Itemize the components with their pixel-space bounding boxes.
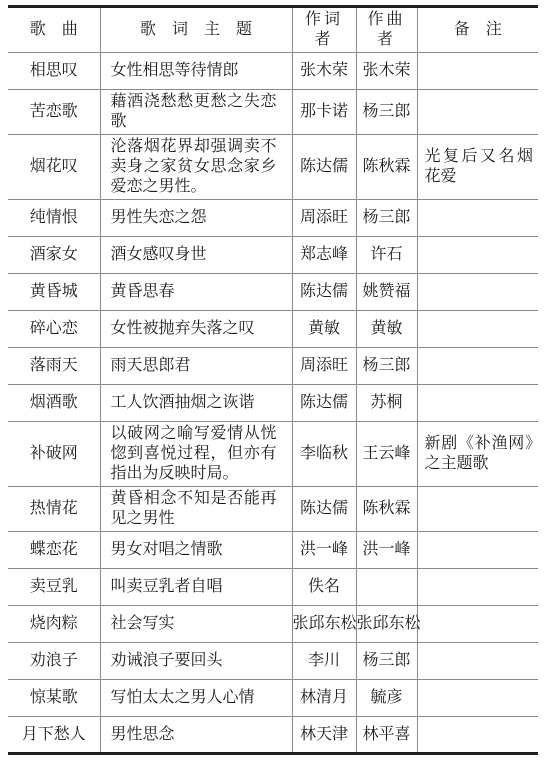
note-cell <box>417 532 538 569</box>
composer-cell: 许石 <box>356 237 417 274</box>
theme-cell: 男性失恋之怨 <box>100 200 292 237</box>
theme-cell: 藉酒浇愁愁更愁之失恋歌 <box>100 90 292 135</box>
scanned-page: 歌 曲 歌 词 主 题 作词者 作曲者 备 注 相思叹 女性相思等待情郎 张木荣… <box>0 0 546 776</box>
song-title-cell: 落雨天 <box>8 348 100 385</box>
note-cell <box>417 348 538 385</box>
song-title-cell: 补破网 <box>8 422 100 487</box>
song-title-cell: 碎心恋 <box>8 311 100 348</box>
composer-cell: 张邱东松 <box>356 606 417 643</box>
note-cell <box>417 90 538 135</box>
composer-cell: 林平喜 <box>356 717 417 754</box>
table-row: 相思叹 女性相思等待情郎 张木荣 张木荣 <box>8 53 538 90</box>
note-cell <box>417 237 538 274</box>
note-cell <box>417 311 538 348</box>
song-title-cell: 烟花叹 <box>8 135 100 200</box>
composer-cell: 杨三郎 <box>356 643 417 680</box>
table-row: 烟酒歌 工人饮酒抽烟之诙谐 陈达儒 苏桐 <box>8 385 538 422</box>
song-title-cell: 惊某歌 <box>8 680 100 717</box>
table-row: 酒家女 酒女感叹身世 郑志峰 许石 <box>8 237 538 274</box>
column-header-composer: 作曲者 <box>356 7 417 53</box>
song-title-cell: 卖豆乳 <box>8 569 100 606</box>
theme-cell: 工人饮酒抽烟之诙谐 <box>100 385 292 422</box>
table-row: 苦恋歌 藉酒浇愁愁更愁之失恋歌 那卡诺 杨三郎 <box>8 90 538 135</box>
composer-cell: 姚赞福 <box>356 274 417 311</box>
theme-cell: 叫卖豆乳者自唱 <box>100 569 292 606</box>
composer-cell: 陈秋霖 <box>356 487 417 532</box>
table-row: 落雨天 雨天思郎君 周添旺 杨三郎 <box>8 348 538 385</box>
lyricist-cell: 周添旺 <box>292 200 356 237</box>
lyricist-cell: 林清月 <box>292 680 356 717</box>
note-cell <box>417 53 538 90</box>
lyricist-cell: 李临秋 <box>292 422 356 487</box>
note-cell <box>417 680 538 717</box>
theme-cell: 女性相思等待情郎 <box>100 53 292 90</box>
composer-cell: 杨三郎 <box>356 348 417 385</box>
composer-cell: 毓彦 <box>356 680 417 717</box>
theme-cell: 写怕太太之男人心情 <box>100 680 292 717</box>
note-cell: 光复后又名烟花爱 <box>417 135 538 200</box>
song-title-cell: 酒家女 <box>8 237 100 274</box>
theme-cell: 黄昏相念不知是否能再见之男性 <box>100 487 292 532</box>
song-title-cell: 黄昏城 <box>8 274 100 311</box>
composer-cell: 洪一峰 <box>356 532 417 569</box>
song-title-cell: 热情花 <box>8 487 100 532</box>
lyricist-cell: 张邱东松 <box>292 606 356 643</box>
song-title-cell: 蝶恋花 <box>8 532 100 569</box>
note-cell: 新剧《补渔网》之主题歌 <box>417 422 538 487</box>
lyricist-cell: 郑志峰 <box>292 237 356 274</box>
theme-cell: 男性思念 <box>100 717 292 754</box>
note-cell <box>417 569 538 606</box>
table-body: 相思叹 女性相思等待情郎 张木荣 张木荣 苦恋歌 藉酒浇愁愁更愁之失恋歌 那卡诺… <box>8 53 538 754</box>
table-row: 蝶恋花 男女对唱之情歌 洪一峰 洪一峰 <box>8 532 538 569</box>
table-row: 劝浪子 劝诫浪子要回头 李川 杨三郎 <box>8 643 538 680</box>
composer-cell: 苏桐 <box>356 385 417 422</box>
table-row: 烧肉粽 社会写实 张邱东松 张邱东松 <box>8 606 538 643</box>
theme-cell: 酒女感叹身世 <box>100 237 292 274</box>
composer-cell: 王云峰 <box>356 422 417 487</box>
table-row: 惊某歌 写怕太太之男人心情 林清月 毓彦 <box>8 680 538 717</box>
lyricist-cell: 陈达儒 <box>292 487 356 532</box>
composer-cell: 杨三郎 <box>356 90 417 135</box>
song-title-cell: 月下愁人 <box>8 717 100 754</box>
table-row: 热情花 黄昏相念不知是否能再见之男性 陈达儒 陈秋霖 <box>8 487 538 532</box>
note-cell <box>417 274 538 311</box>
composer-cell <box>356 569 417 606</box>
column-header-theme: 歌 词 主 题 <box>100 7 292 53</box>
lyricist-cell: 周添旺 <box>292 348 356 385</box>
table-row: 碎心恋 女性被抛弃失落之叹 黄敏 黄敏 <box>8 311 538 348</box>
lyricist-cell: 黄敏 <box>292 311 356 348</box>
theme-cell: 劝诫浪子要回头 <box>100 643 292 680</box>
header-row: 歌 曲 歌 词 主 题 作词者 作曲者 备 注 <box>8 7 538 53</box>
column-header-song: 歌 曲 <box>8 7 100 53</box>
theme-cell: 男女对唱之情歌 <box>100 532 292 569</box>
song-title-cell: 相思叹 <box>8 53 100 90</box>
lyricist-cell: 佚名 <box>292 569 356 606</box>
table-row: 补破网 以破网之喻写爱情从恍惚到喜悦过程，但亦有指出为反映时局。 李临秋 王云峰… <box>8 422 538 487</box>
note-cell <box>417 606 538 643</box>
composer-cell: 张木荣 <box>356 53 417 90</box>
lyricist-cell: 陈达儒 <box>292 274 356 311</box>
lyricist-cell: 那卡诺 <box>292 90 356 135</box>
lyricist-cell: 李川 <box>292 643 356 680</box>
table-row: 烟花叹 沦落烟花界却强调卖不卖身之家贫女思念家乡爱恋之男性。 陈达儒 陈秋霖 光… <box>8 135 538 200</box>
theme-cell: 黄昏思春 <box>100 274 292 311</box>
song-title-cell: 劝浪子 <box>8 643 100 680</box>
column-header-lyricist: 作词者 <box>292 7 356 53</box>
composer-cell: 杨三郎 <box>356 200 417 237</box>
theme-cell: 社会写实 <box>100 606 292 643</box>
theme-cell: 以破网之喻写爱情从恍惚到喜悦过程，但亦有指出为反映时局。 <box>100 422 292 487</box>
song-title-cell: 烟酒歌 <box>8 385 100 422</box>
composer-cell: 黄敏 <box>356 311 417 348</box>
composer-cell: 陈秋霖 <box>356 135 417 200</box>
lyricist-cell: 洪一峰 <box>292 532 356 569</box>
table-header: 歌 曲 歌 词 主 题 作词者 作曲者 备 注 <box>8 7 538 53</box>
songs-table: 歌 曲 歌 词 主 题 作词者 作曲者 备 注 相思叹 女性相思等待情郎 张木荣… <box>8 5 538 755</box>
theme-cell: 女性被抛弃失落之叹 <box>100 311 292 348</box>
lyricist-cell: 林天津 <box>292 717 356 754</box>
song-title-cell: 烧肉粽 <box>8 606 100 643</box>
lyricist-cell: 陈达儒 <box>292 385 356 422</box>
note-cell <box>417 487 538 532</box>
song-title-cell: 苦恋歌 <box>8 90 100 135</box>
table-row: 纯情恨 男性失恋之怨 周添旺 杨三郎 <box>8 200 538 237</box>
note-cell <box>417 200 538 237</box>
column-header-note: 备 注 <box>417 7 538 53</box>
note-cell <box>417 717 538 754</box>
table-row: 黄昏城 黄昏思春 陈达儒 姚赞福 <box>8 274 538 311</box>
theme-cell: 沦落烟花界却强调卖不卖身之家贫女思念家乡爱恋之男性。 <box>100 135 292 200</box>
table-row: 卖豆乳 叫卖豆乳者自唱 佚名 <box>8 569 538 606</box>
table-row: 月下愁人 男性思念 林天津 林平喜 <box>8 717 538 754</box>
lyricist-cell: 陈达儒 <box>292 135 356 200</box>
note-cell <box>417 643 538 680</box>
lyricist-cell: 张木荣 <box>292 53 356 90</box>
note-cell <box>417 385 538 422</box>
theme-cell: 雨天思郎君 <box>100 348 292 385</box>
song-title-cell: 纯情恨 <box>8 200 100 237</box>
